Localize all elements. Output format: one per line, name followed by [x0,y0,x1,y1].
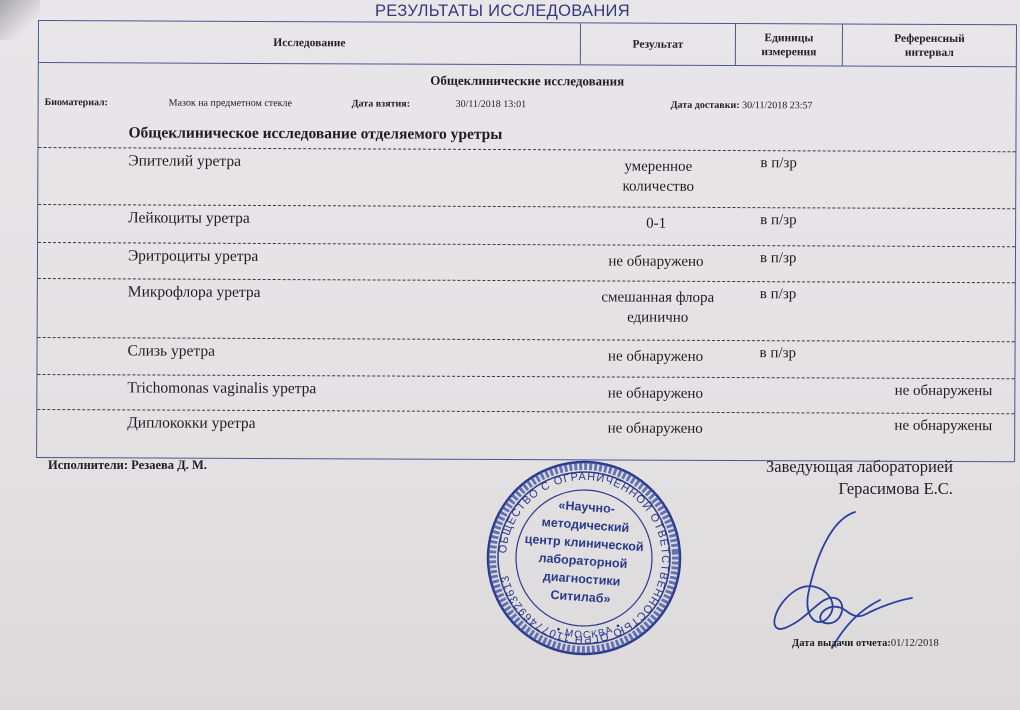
row-result: смешанная флора единично [588,287,728,328]
stamp-center-text: «Научно- методический центр клинической … [510,493,657,611]
row-result: не обнаружено [575,346,735,367]
row-unit: в п/зр [760,250,797,267]
row-unit: в п/зр [760,212,797,229]
page-corner-shadow [0,0,40,40]
row-unit: в п/зр [760,155,797,172]
biomaterial-value: Мазок на предметном стекле [169,98,292,110]
result-rows: Эпителий уретра умеренное количество в п… [37,147,1015,447]
header-units: Единицы измерения [736,24,843,65]
results-table: Исследование Результат Единицы измерения… [36,20,1017,462]
table-row: Лейкоциты уретра 0-1 в п/зр [38,204,1015,246]
row-result: не обнаружено [576,251,736,272]
collected-value: 30/11/2018 13:01 [456,99,527,110]
lab-head: Заведующая лабораторией Герасимова Е.С. [766,456,953,500]
table-row: Эпителий уретра умеренное количество в п… [38,147,1015,208]
row-name: Лейкоциты уретра [128,209,250,228]
row-result: умеренное количество [598,156,718,197]
table-row: Микрофлора уретра смешанная флора единич… [38,278,1015,341]
issue-date: Дата выдачи отчета:01/12/2018 [792,638,939,649]
lab-stamp: ОБЩЕСТВО С ОГРАНИЧЕННОЙ ОТВЕТСТВЕННОСТЬЮ… [477,451,690,664]
row-result: 0-1 [576,213,736,234]
table-row: Слизь уретра не обнаружено в п/зр [37,337,1014,378]
row-name: Диплококки уретра [127,414,255,433]
row-name: Слизь уретра [128,342,215,360]
collected-label: Дата взятия: [352,98,410,109]
signature-icon [760,500,930,650]
row-result: не обнаружено [575,383,735,404]
header-result: Результат [581,23,736,65]
row-name: Эпителий уретра [128,152,241,170]
header-study: Исследование [39,21,581,64]
header-reference: Референсный интервал [843,25,1016,67]
table-row: Диплококки уретра не обнаружено не обнар… [37,409,1014,447]
lab-head-title: Заведующая лабораторией [766,456,953,478]
table-row: Эритроциты уретра не обнаружено в п/зр [38,242,1015,282]
row-name: Trichomonas vaginalis уретра [127,379,316,398]
biomaterial-label: Биоматериал: [45,97,108,108]
row-name: Эритроциты уретра [128,247,258,266]
row-reference: не обнаружены [894,418,992,435]
table-row: Trichomonas vaginalis уретра не обнаруже… [37,374,1014,413]
delivered-info: Дата доставки: 30/11/2018 23:57 [671,100,813,112]
table-header: Исследование Результат Единицы измерения… [39,21,1016,67]
row-unit: в п/зр [760,345,797,362]
row-unit: в п/зр [760,286,797,303]
row-name: Микрофлора уретра [128,283,261,302]
row-reference: не обнаружены [895,383,993,400]
lab-head-name: Герасимова Е.С. [766,478,953,500]
executor: Исполнители: Резаева Д. М. [48,458,207,473]
subsection-title: Общеклиническое исследование отделяемого… [128,124,502,144]
row-result: не обнаружено [575,418,735,439]
document-title: РЕЗУЛЬТАТЫ ИССЛЕДОВАНИЯ [375,2,675,21]
section-title: Общеклинические исследования [39,71,1016,91]
